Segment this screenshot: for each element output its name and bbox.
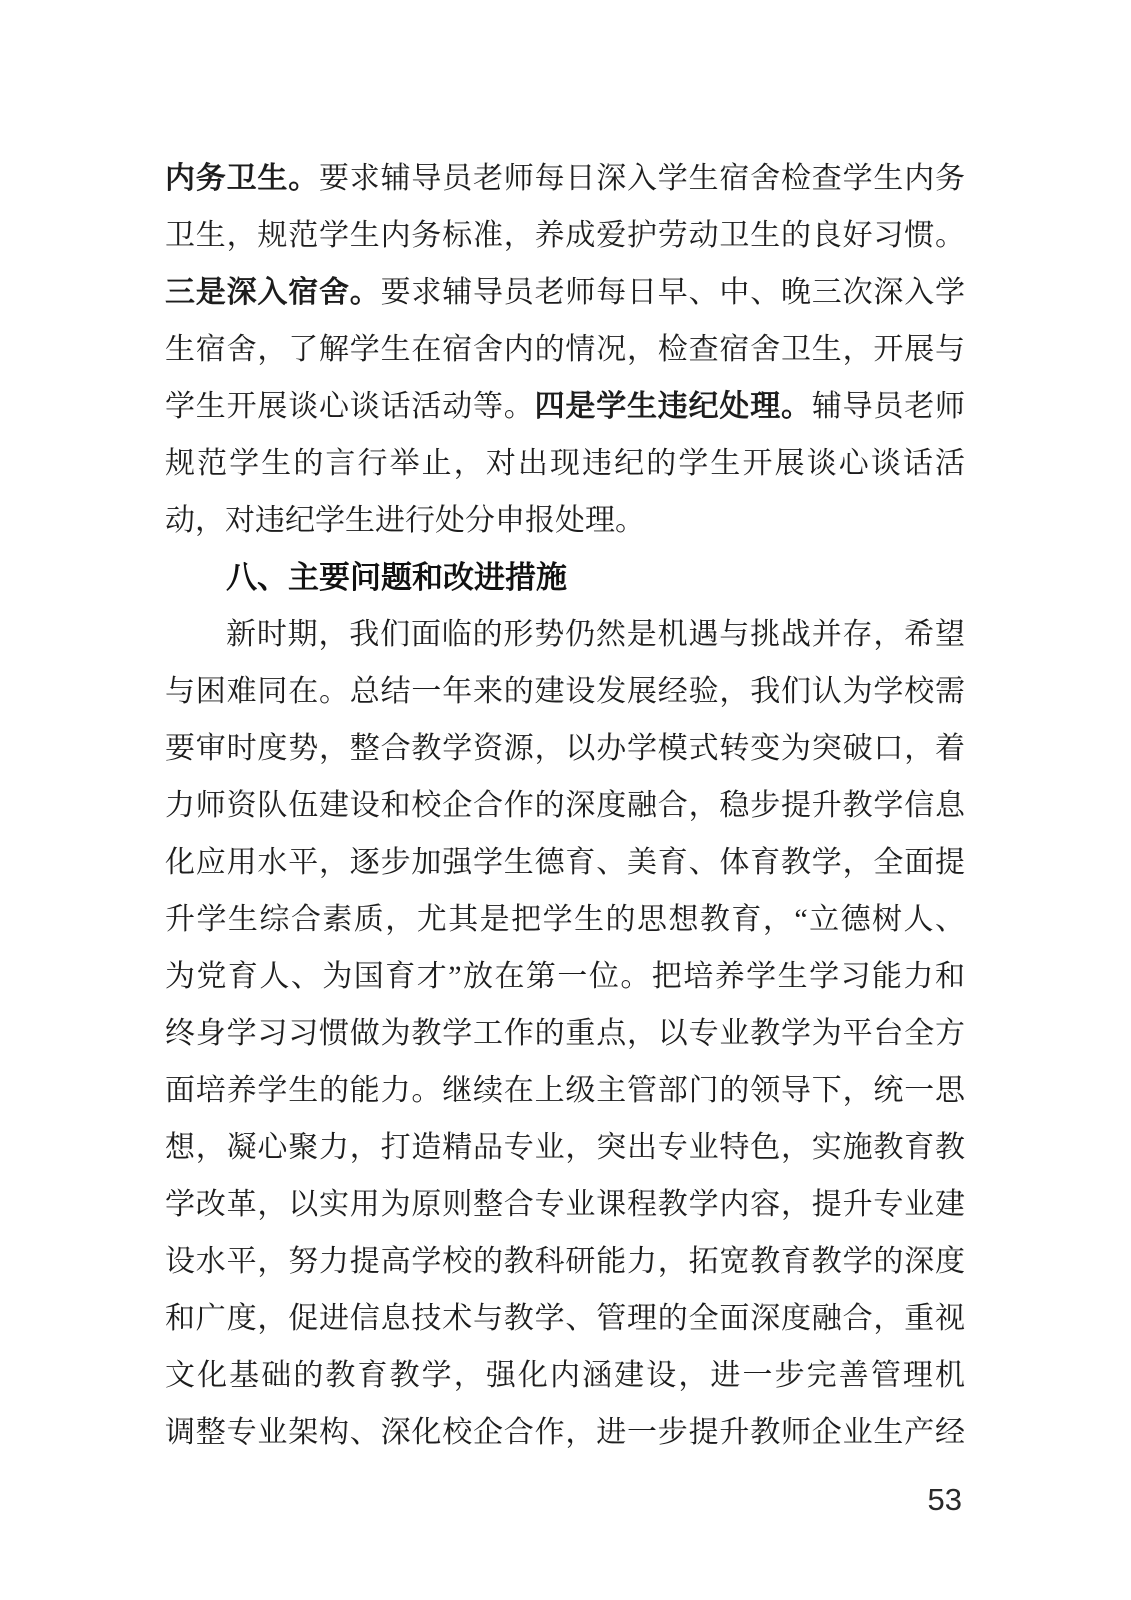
text-line: 终身学习习惯做为教学工作的重点，以专业教学为平台全方 bbox=[165, 1005, 965, 1062]
text-segment: 辅导员老师 bbox=[812, 390, 965, 423]
text-line: 和广度，促进信息技术与教学、管理的全面深度融合，重视 bbox=[165, 1290, 965, 1347]
document-page: 内务卫生。要求辅导员老师每日深入学生宿舍检查学生内务卫生，规范学生内务标准，养成… bbox=[0, 0, 1131, 1600]
text-line: 学生开展谈心谈话活动等。四是学生违纪处理。辅导员老师 bbox=[165, 378, 965, 435]
bold-text-segment: 四是学生违纪处理。 bbox=[535, 390, 812, 423]
text-line: 生宿舍，了解学生在宿舍内的情况，检查宿舍卫生，开展与 bbox=[165, 321, 965, 378]
text-line: 调整专业架构、深化校企合作，进一步提升教师企业生产经 bbox=[165, 1404, 965, 1461]
text-segment: 和广度，促进信息技术与教学、管理的全面深度融合，重视 bbox=[165, 1302, 965, 1335]
text-line: 规范学生的言行举止，对出现违纪的学生开展谈心谈话活 bbox=[165, 435, 965, 492]
text-line: 动，对违纪学生进行处分申报处理。 bbox=[165, 492, 965, 549]
text-line: 新时期，我们面临的形势仍然是机遇与挑战并存，希望 bbox=[165, 606, 965, 663]
text-line: 与困难同在。总结一年来的建设发展经验，我们认为学校需 bbox=[165, 663, 965, 720]
text-segment: 设水平，努力提高学校的教科研能力，拓宽教育教学的深度 bbox=[165, 1245, 965, 1278]
text-segment: 化应用水平，逐步加强学生德育、美育、体育教学，全面提 bbox=[165, 846, 965, 879]
bold-text-segment: 内务卫生。 bbox=[165, 162, 319, 195]
text-segment: 想，凝心聚力，打造精品专业，突出专业特色，实施教育教 bbox=[165, 1131, 965, 1164]
text-segment: 动，对违纪学生进行处分申报处理。 bbox=[165, 504, 645, 537]
text-segment: 要求辅导员老师每日深入学生宿舍检查学生内务 bbox=[319, 162, 965, 195]
section-heading: 八、主要问题和改进措施 bbox=[165, 549, 965, 606]
text-line: 卫生，规范学生内务标准，养成爱护劳动卫生的良好习惯。 bbox=[165, 207, 965, 264]
text-segment: 规范学生的言行举止，对出现违纪的学生开展谈心谈话活 bbox=[165, 447, 965, 480]
text-line: 化应用水平，逐步加强学生德育、美育、体育教学，全面提 bbox=[165, 834, 965, 891]
text-line: 想，凝心聚力，打造精品专业，突出专业特色，实施教育教 bbox=[165, 1119, 965, 1176]
text-segment: 力师资队伍建设和校企合作的深度融合，稳步提升教学信息 bbox=[165, 789, 965, 822]
text-line: 力师资队伍建设和校企合作的深度融合，稳步提升教学信息 bbox=[165, 777, 965, 834]
text-line: 学改革，以实用为原则整合专业课程教学内容，提升专业建 bbox=[165, 1176, 965, 1233]
text-line: 升学生综合素质，尤其是把学生的思想教育，“立德树人、 bbox=[165, 891, 965, 948]
text-segment: 文化基础的教育教学，强化内涵建设，进一步完善管理机制。 bbox=[165, 1359, 965, 1404]
text-segment: 终身学习习惯做为教学工作的重点，以专业教学为平台全方 bbox=[165, 1017, 965, 1050]
text-segment: 要审时度势，整合教学资源，以办学模式转变为突破口，着 bbox=[165, 732, 965, 765]
text-segment: 面培养学生的能力。继续在上级主管部门的领导下，统一思 bbox=[165, 1074, 965, 1107]
document-lines: 内务卫生。要求辅导员老师每日深入学生宿舍检查学生内务卫生，规范学生内务标准，养成… bbox=[165, 150, 965, 1461]
bold-text-segment: 三是深入宿舍。 bbox=[165, 276, 381, 309]
text-segment: 为党育人、为国育才”放在第一位。把培养学生学习能力和 bbox=[165, 960, 965, 993]
text-line: 面培养学生的能力。继续在上级主管部门的领导下，统一思 bbox=[165, 1062, 965, 1119]
text-segment: 卫生，规范学生内务标准，养成爱护劳动卫生的良好习惯。 bbox=[165, 219, 965, 252]
text-line: 要审时度势，整合教学资源，以办学模式转变为突破口，着 bbox=[165, 720, 965, 777]
bold-text-segment: 八、主要问题和改进措施 bbox=[226, 560, 567, 595]
text-line: 为党育人、为国育才”放在第一位。把培养学生学习能力和 bbox=[165, 948, 965, 1005]
text-line: 内务卫生。要求辅导员老师每日深入学生宿舍检查学生内务 bbox=[165, 150, 965, 207]
text-segment: 学改革，以实用为原则整合专业课程教学内容，提升专业建 bbox=[165, 1188, 965, 1221]
text-segment: 与困难同在。总结一年来的建设发展经验，我们认为学校需 bbox=[165, 675, 965, 708]
page-number: 53 bbox=[855, 1480, 962, 1520]
text-segment: 新时期，我们面临的形势仍然是机遇与挑战并存，希望 bbox=[226, 618, 965, 651]
text-line: 三是深入宿舍。要求辅导员老师每日早、中、晚三次深入学 bbox=[165, 264, 965, 321]
text-segment: 学生开展谈心谈话活动等。 bbox=[165, 390, 535, 423]
text-segment: 升学生综合素质，尤其是把学生的思想教育，“立德树人、 bbox=[165, 903, 965, 936]
text-segment: 要求辅导员老师每日早、中、晚三次深入学 bbox=[381, 276, 965, 309]
text-line: 文化基础的教育教学，强化内涵建设，进一步完善管理机制。 bbox=[165, 1347, 965, 1404]
text-line: 设水平，努力提高学校的教科研能力，拓宽教育教学的深度 bbox=[165, 1233, 965, 1290]
text-segment: 生宿舍，了解学生在宿舍内的情况，检查宿舍卫生，开展与 bbox=[165, 333, 965, 366]
text-segment: 调整专业架构、深化校企合作，进一步提升教师企业生产经 bbox=[165, 1416, 965, 1449]
